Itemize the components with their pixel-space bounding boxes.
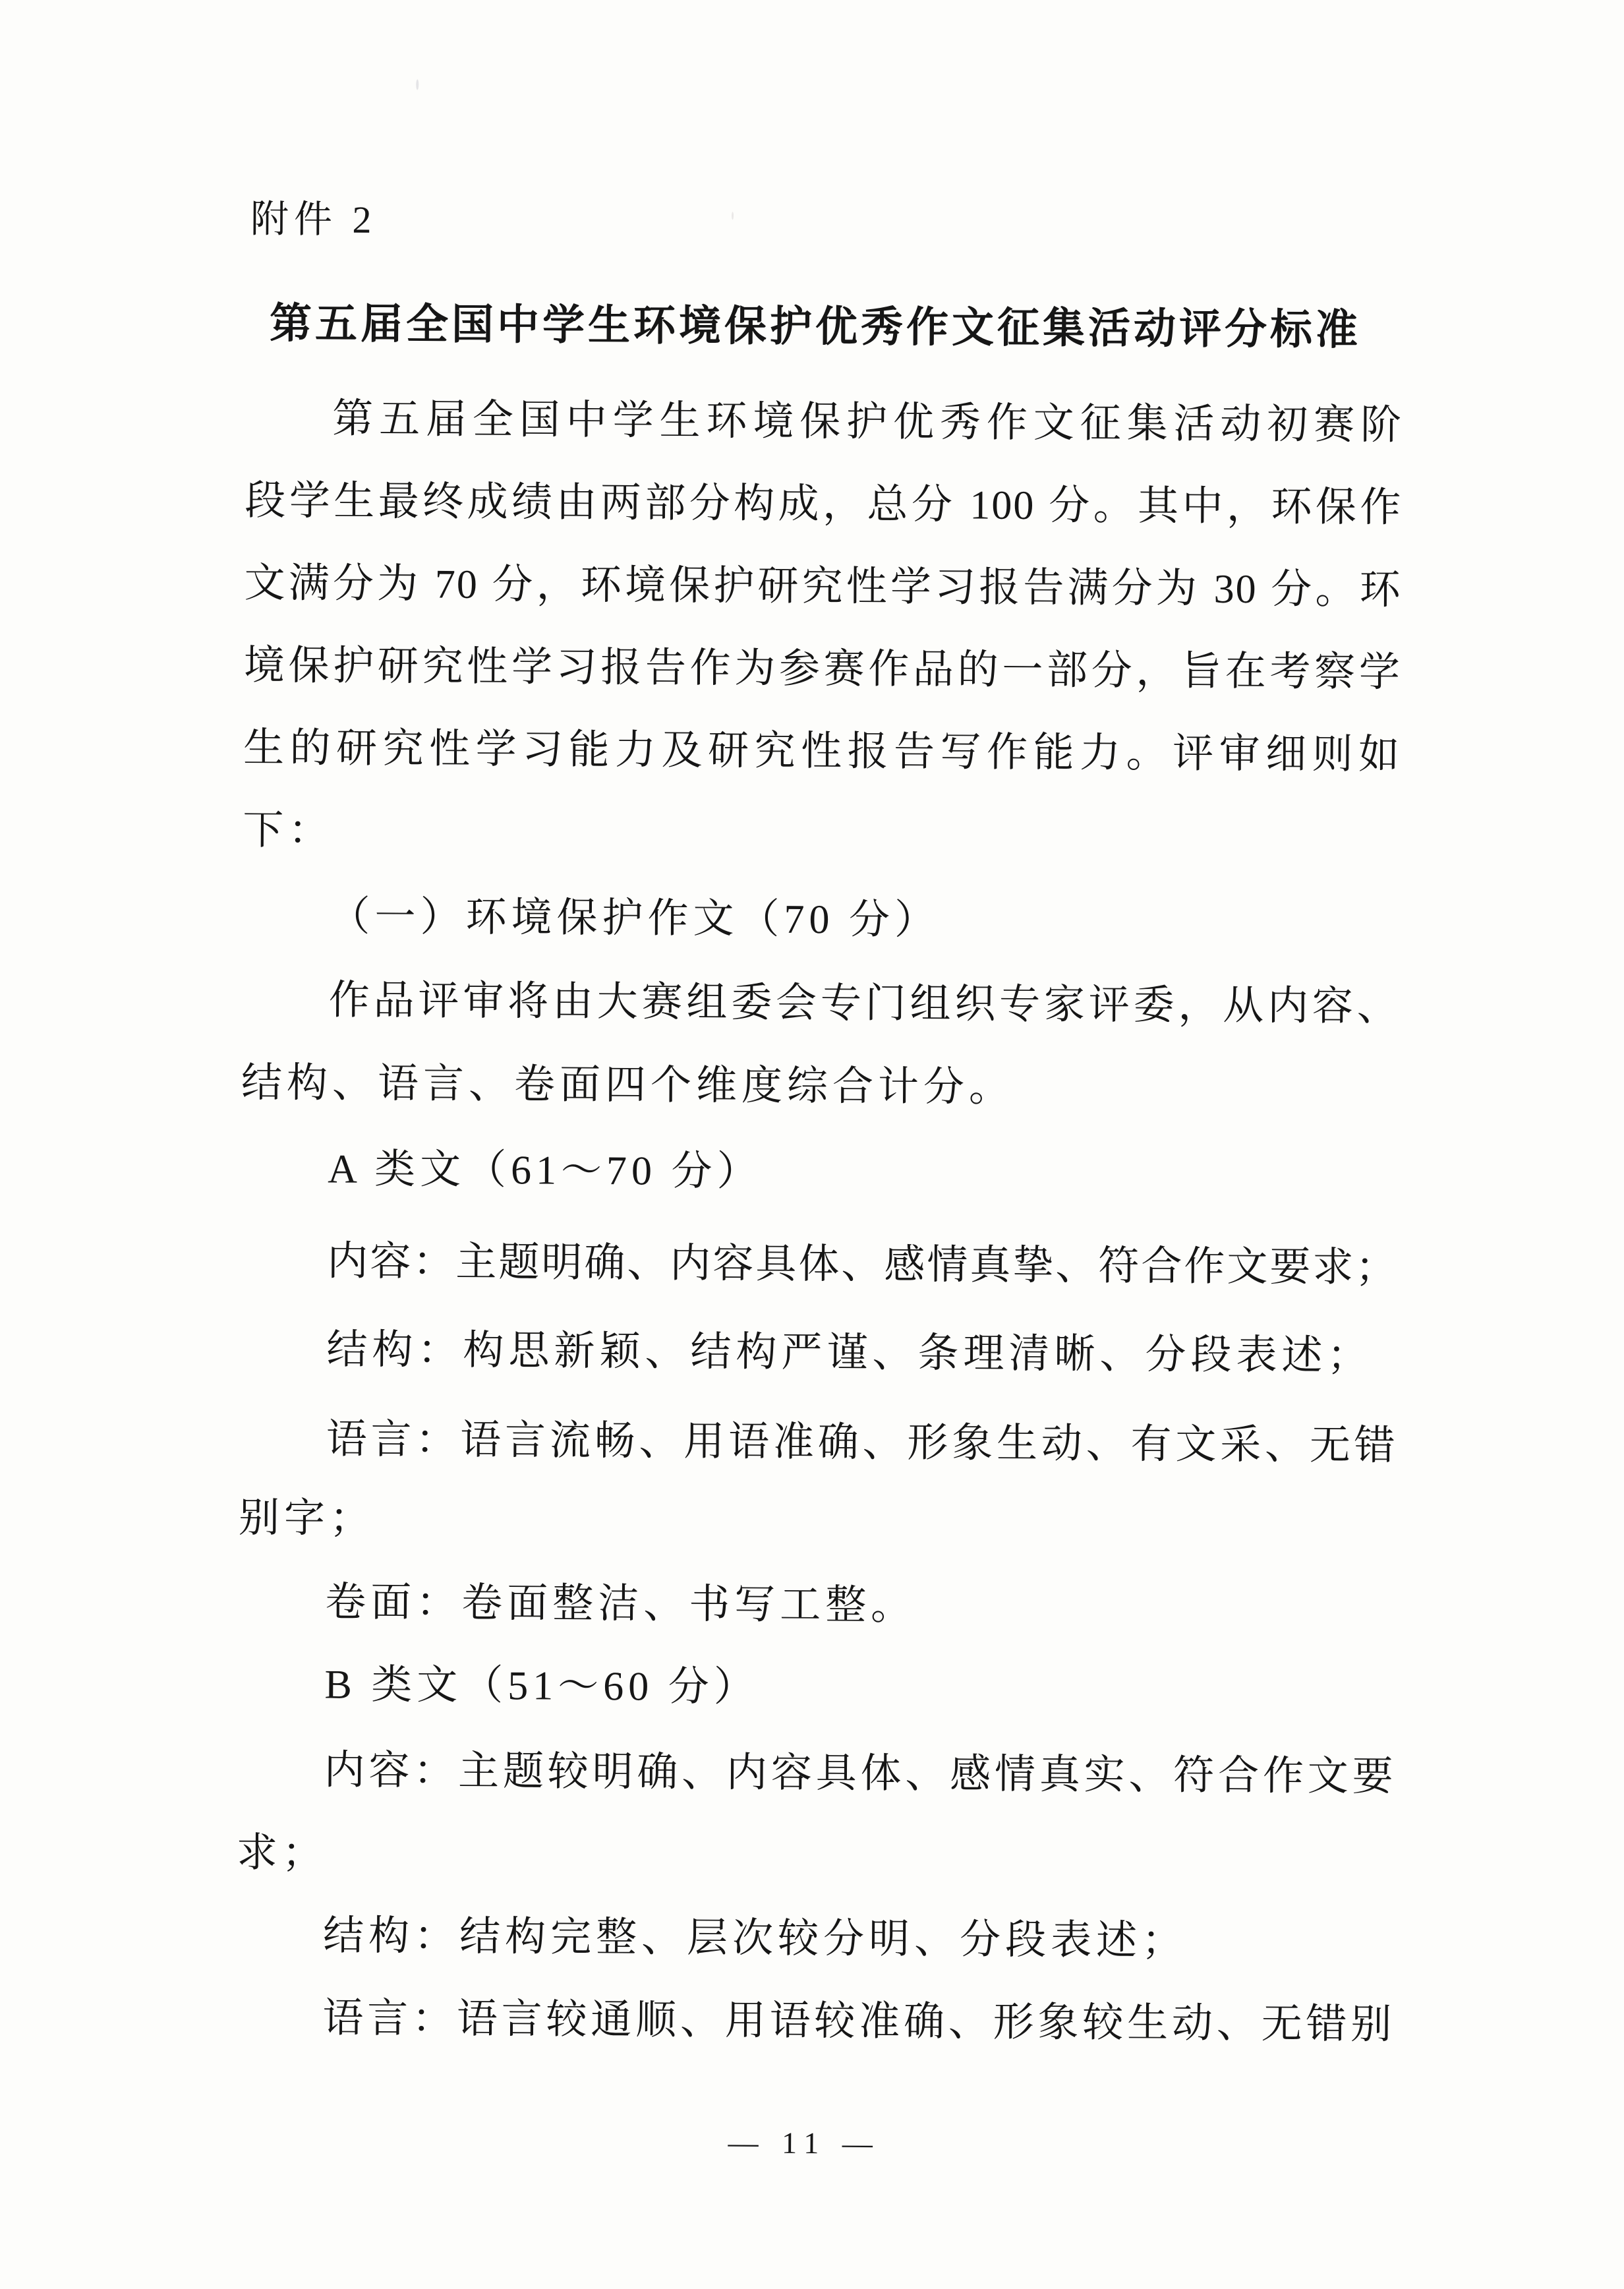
intro-paragraph-line: 段学生最终成绩由两部分构成，总分 100 分。其中，环保作 <box>245 460 1403 549</box>
scanned-document-page: 附件 2 第五届全国中学生环境保护优秀作文征集活动评分标准 第五届全国中学生环境… <box>0 0 1624 2289</box>
grade-a-heading: A 类文（61～70 分） <box>241 1128 1399 1217</box>
grade-a-neatness-line: 卷面：卷面整洁、书写工整。 <box>238 1561 1396 1650</box>
grade-a-structure-line: 结构：构思新颖、结构严谨、条理清晰、分段表述； <box>239 1309 1397 1398</box>
grade-b-heading: B 类文（51～60 分） <box>237 1644 1395 1733</box>
grade-a-language-line: 别字； <box>239 1477 1397 1566</box>
intro-paragraph-line: 文满分为 70 分，环境保护研究性学习报告满分为 30 分。环 <box>244 543 1402 632</box>
page-content: 附件 2 第五届全国中学生环境保护优秀作文征集活动评分标准 第五届全国中学生环境… <box>0 0 1624 2289</box>
review-paragraph-line: 作品评审将由大赛组委会专门组织专家评委，从内容、 <box>241 959 1399 1048</box>
grade-a-language-line: 语言：语言流畅、用语准确、形象生动、有文采、无错 <box>239 1398 1397 1487</box>
intro-paragraph-line: 生的研究性学习能力及研究性报告写作能力。评审细则如 <box>243 707 1401 796</box>
scan-speckle <box>732 212 734 220</box>
grade-a-content-line: 内容：主题明确、内容具体、感情真挚、符合作文要求； <box>240 1220 1398 1309</box>
intro-paragraph-line: 境保护研究性学习报告作为参赛作品的一部分，旨在考察学 <box>243 625 1401 714</box>
page-number: — 11 — <box>0 2108 1616 2178</box>
document-title: 第五届全国中学生环境保护优秀作文征集活动评分标准 <box>3 277 1624 375</box>
intro-paragraph-line: 第五届全国中学生环境保护优秀作文征集活动初赛阶 <box>245 378 1403 467</box>
grade-b-language-line: 语言：语言较通顺、用语较准确、形象较生动、无错别 <box>235 1977 1393 2066</box>
intro-paragraph-line: 下： <box>243 790 1401 879</box>
attachment-label: 附件 2 <box>250 179 377 261</box>
grade-b-content-line: 内容：主题较明确、内容具体、感情真实、符合作文要 <box>237 1729 1395 1818</box>
scan-speckle <box>416 79 419 90</box>
grade-b-content-line: 求； <box>236 1812 1394 1901</box>
section-one-heading: （一）环境保护作文（70 分） <box>242 876 1400 965</box>
grade-b-structure-line: 结构：结构完整、层次较分明、分段表述； <box>236 1895 1394 1984</box>
review-paragraph-line: 结构、语言、卷面四个维度综合计分。 <box>241 1042 1399 1131</box>
